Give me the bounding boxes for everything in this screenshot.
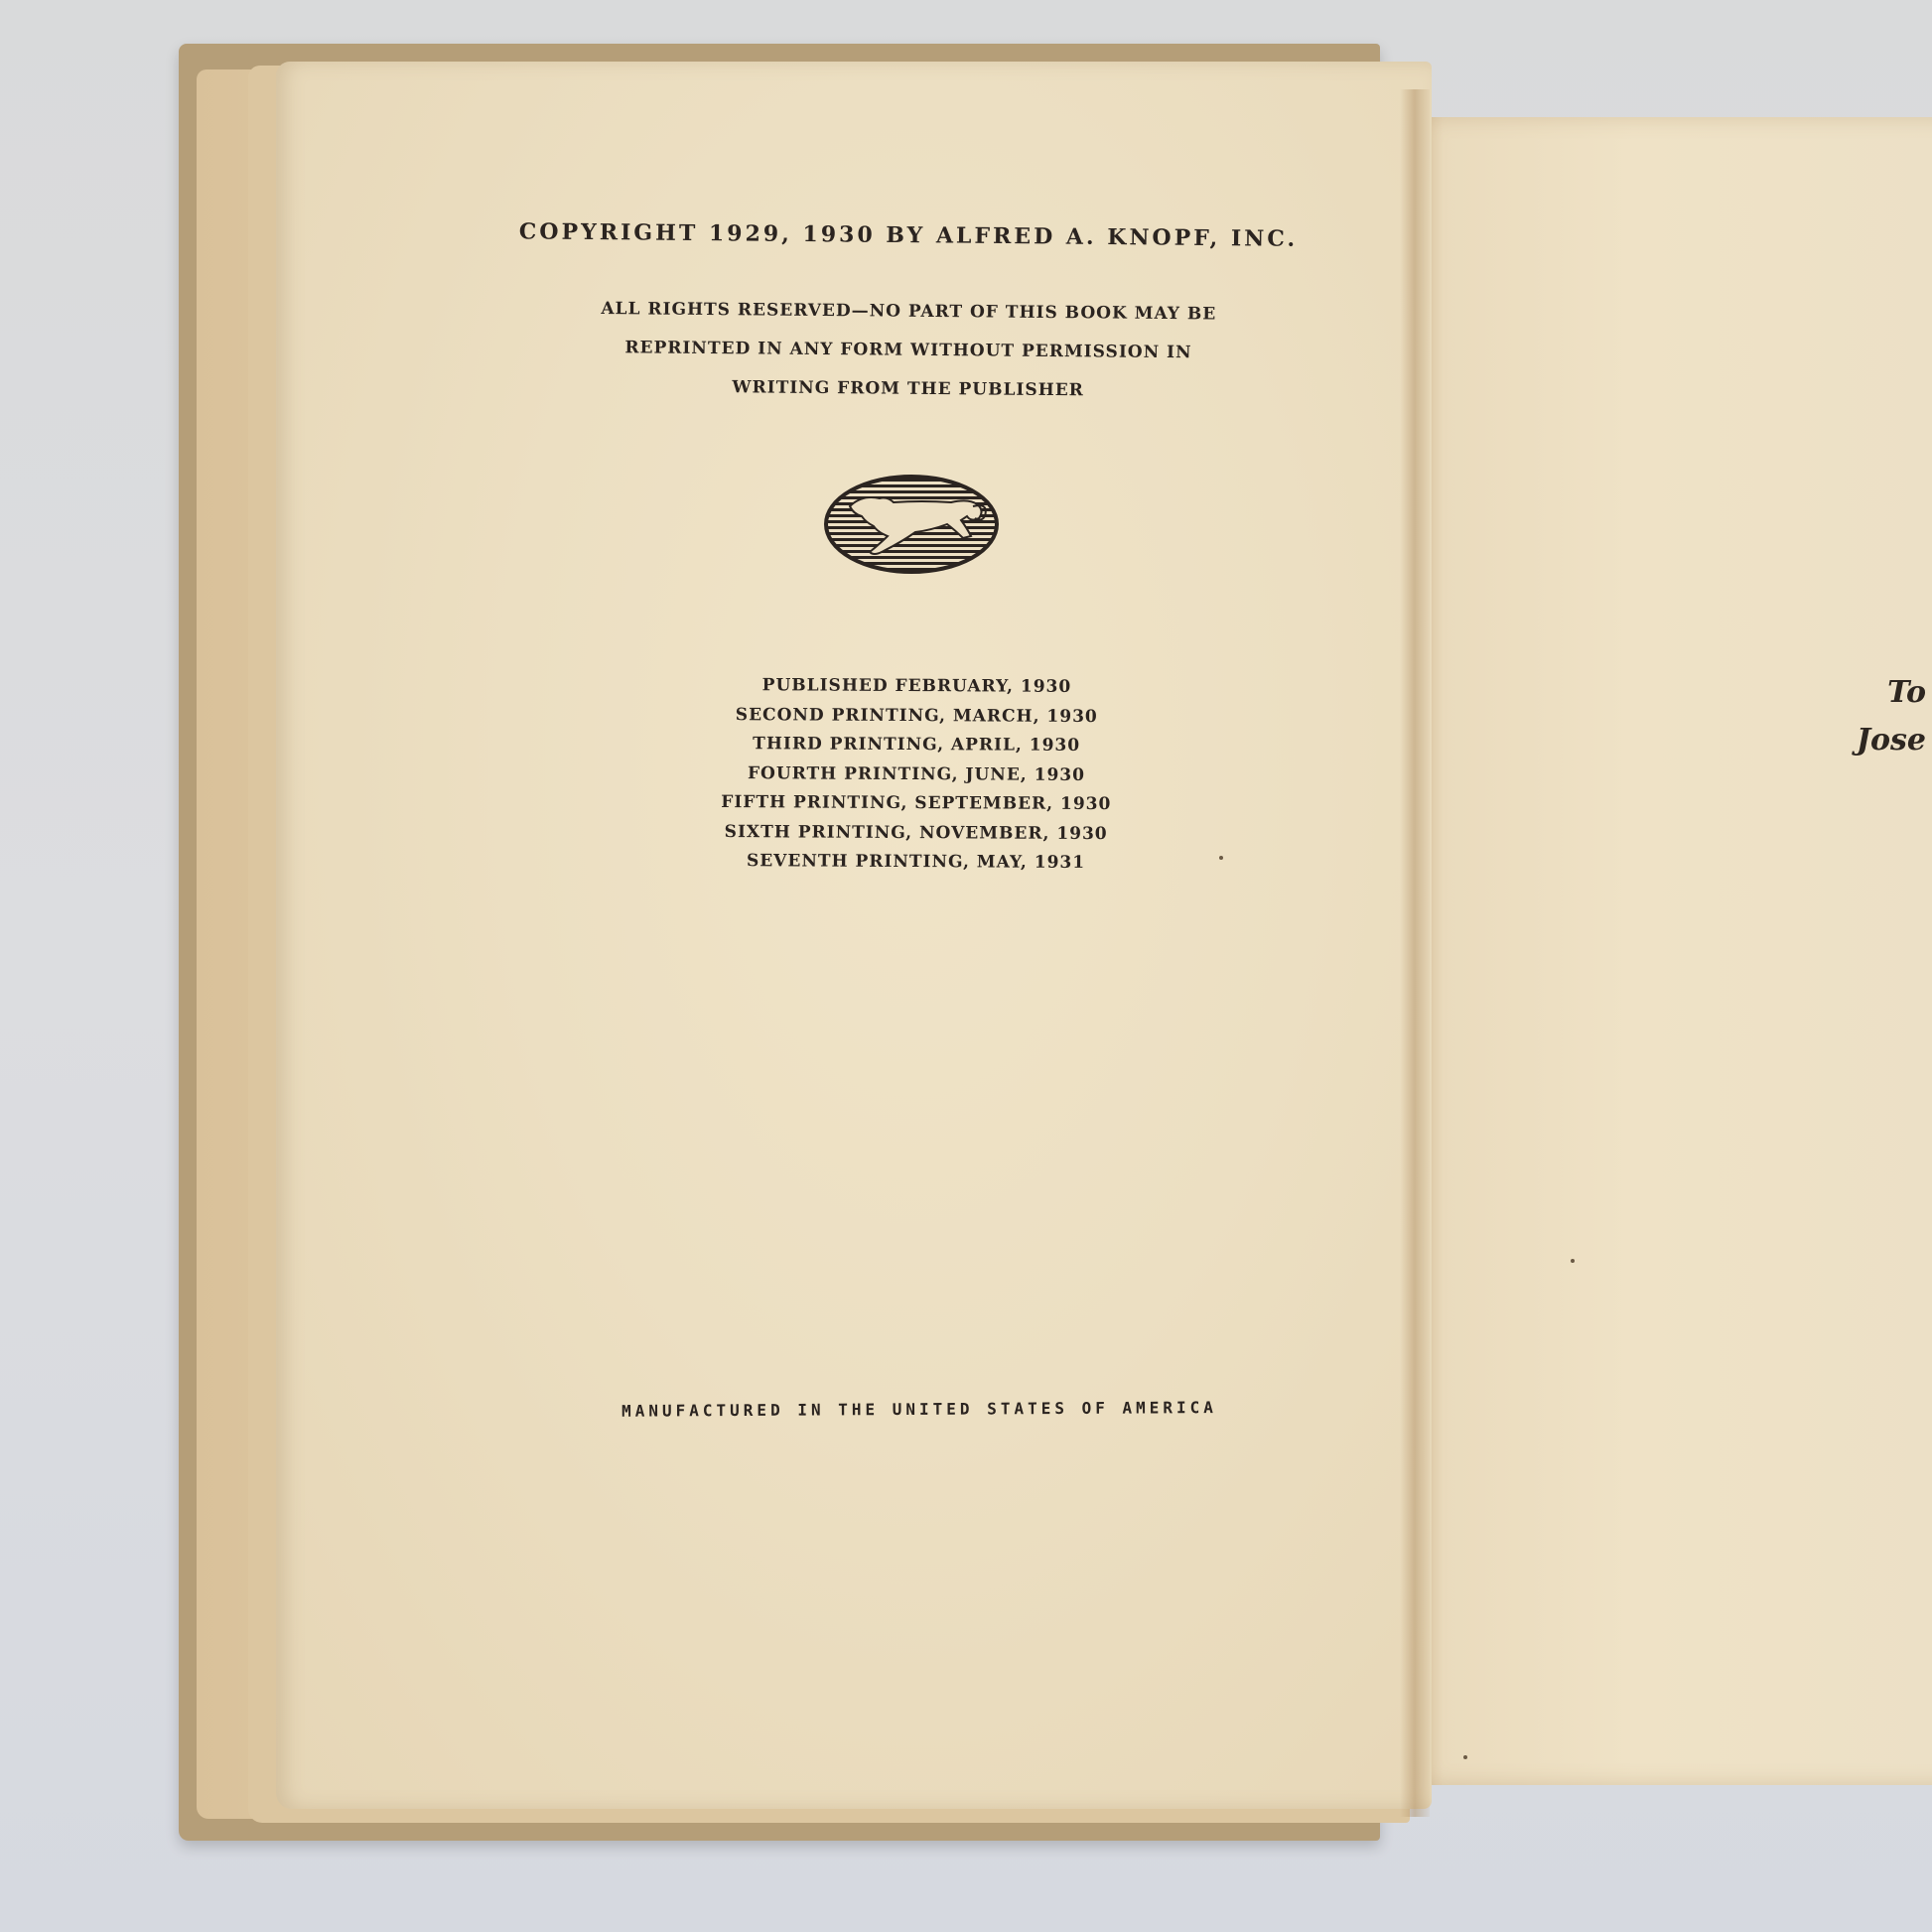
printing-line: PUBLISHED FEBRUARY, 1930 xyxy=(713,671,1120,703)
printing-line: FIFTH PRINTING, SEPTEMBER, 1930 xyxy=(713,788,1120,820)
rights-line: WRITING FROM THE PUBLISHER xyxy=(595,367,1220,411)
dedication-line: To xyxy=(1847,669,1926,717)
printing-line: THIRD PRINTING, APRIL, 1930 xyxy=(713,730,1120,761)
right-page xyxy=(1410,117,1932,1785)
printing-history: PUBLISHED FEBRUARY, 1930 SECOND PRINTING… xyxy=(712,671,1120,879)
borzoi-dog-oval-icon xyxy=(822,473,1001,576)
rights-line: ALL RIGHTS RESERVED—NO PART OF THIS BOOK… xyxy=(596,290,1221,334)
paper-speck xyxy=(1463,1755,1467,1759)
rights-reserved-notice: ALL RIGHTS RESERVED—NO PART OF THIS BOOK… xyxy=(595,290,1221,411)
printing-line: FOURTH PRINTING, JUNE, 1930 xyxy=(713,759,1120,791)
printing-line: SIXTH PRINTING, NOVEMBER, 1930 xyxy=(713,817,1120,849)
dedication: To Jose xyxy=(1847,669,1926,764)
printing-line: SECOND PRINTING, MARCH, 1930 xyxy=(713,701,1120,733)
paper-speck xyxy=(1571,1259,1575,1263)
paper-speck xyxy=(1219,856,1223,860)
printing-line: SEVENTH PRINTING, MAY, 1931 xyxy=(712,847,1119,879)
dedication-line: Jose xyxy=(1847,717,1926,764)
book-gutter xyxy=(1400,89,1430,1817)
rights-line: REPRINTED IN ANY FORM WITHOUT PERMISSION… xyxy=(596,329,1221,372)
